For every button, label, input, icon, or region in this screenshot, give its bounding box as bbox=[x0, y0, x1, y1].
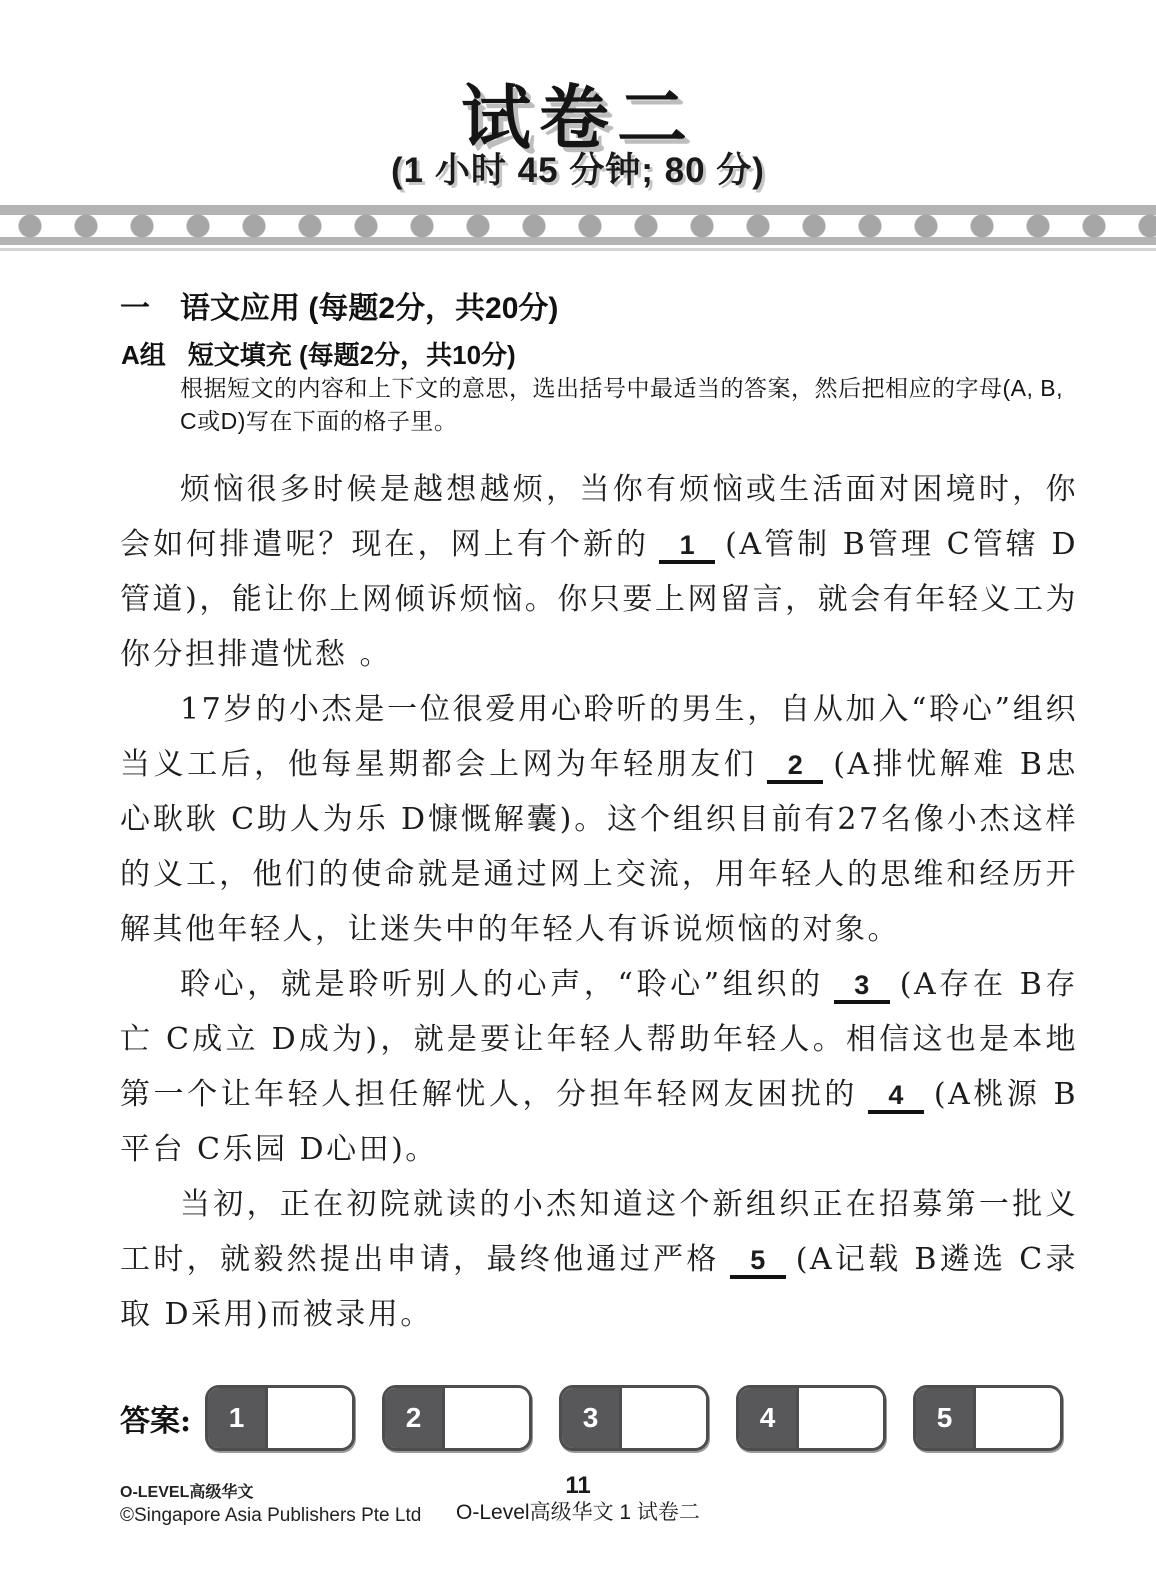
passage-paragraph: 聆心，就是聆听别人的心声，“聆心”组织的3(A存在 B存亡 C成立 D成为)，就… bbox=[120, 957, 1078, 1177]
page-subtitle: (1 小时 45 分钟; 80 分) bbox=[0, 143, 1156, 193]
question-blank-2: 2 bbox=[767, 750, 823, 784]
passage: 烦恼很多时候是越想越烦，当你有烦恼或生活面对困境时，你会如何排遣呢？现在，网上有… bbox=[120, 462, 1078, 1342]
instructions-text: 根据短文的内容和上下文的意思，选出括号中最适当的答案，然后把相应的字母(A, B… bbox=[180, 372, 1085, 438]
answer-box-number: 4 bbox=[739, 1388, 799, 1448]
section-number: 一 bbox=[120, 283, 150, 327]
answer-box-number: 2 bbox=[385, 1388, 445, 1448]
answer-box-cell[interactable] bbox=[445, 1388, 529, 1448]
answer-row: 答案: 12345 bbox=[120, 1385, 1070, 1451]
answer-boxes: 12345 bbox=[205, 1385, 1063, 1451]
question-blank-3: 3 bbox=[834, 970, 890, 1004]
exam-page: 试卷二 (1 小时 45 分钟; 80 分) 一 语文应用 (每题2分，共20分… bbox=[0, 0, 1156, 1572]
footer-caption: O-Level高级华文 1 试卷二 bbox=[0, 1499, 1156, 1527]
decorative-chain-band bbox=[0, 205, 1156, 253]
passage-paragraph: 17岁的小杰是一位很爱用心聆听的男生，自从加入“聆心”组织当义工后，他每星期都会… bbox=[120, 682, 1078, 957]
passage-paragraph: 烦恼很多时候是越想越烦，当你有烦恼或生活面对困境时，你会如何排遣呢？现在，网上有… bbox=[120, 462, 1078, 682]
answer-box-cell[interactable] bbox=[268, 1388, 352, 1448]
answer-box-number: 3 bbox=[562, 1388, 622, 1448]
footer-center: 11 O-Level高级华文 1 试卷二 bbox=[0, 1473, 1156, 1527]
question-blank-5: 5 bbox=[730, 1245, 786, 1279]
answer-box-cell[interactable] bbox=[799, 1388, 883, 1448]
answer-box-number: 1 bbox=[208, 1388, 268, 1448]
answers-label: 答案: bbox=[120, 1396, 191, 1440]
section-heading: 一 语文应用 (每题2分，共20分) bbox=[120, 283, 558, 327]
answer-box-number: 5 bbox=[916, 1388, 976, 1448]
question-blank-1: 1 bbox=[659, 530, 715, 564]
answer-box-4: 4 bbox=[736, 1385, 886, 1451]
page-number: 11 bbox=[0, 1473, 1156, 1499]
question-blank-4: 4 bbox=[868, 1080, 924, 1114]
passage-paragraph: 当初，正在初院就读的小杰知道这个新组织正在招募第一批义工时，就毅然提出申请，最终… bbox=[120, 1177, 1078, 1342]
part-title: 短文填充 (每题2分，共10分) bbox=[188, 335, 516, 372]
answer-box-cell[interactable] bbox=[976, 1388, 1060, 1448]
part-label: A组 bbox=[121, 335, 166, 372]
part-heading: A组 短文填充 (每题2分，共10分) bbox=[121, 335, 516, 372]
answer-box-1: 1 bbox=[205, 1385, 355, 1451]
answer-box-cell[interactable] bbox=[622, 1388, 706, 1448]
section-title: 语文应用 (每题2分，共20分) bbox=[180, 283, 558, 327]
answer-box-2: 2 bbox=[382, 1385, 532, 1451]
answer-box-3: 3 bbox=[559, 1385, 709, 1451]
answer-box-5: 5 bbox=[913, 1385, 1063, 1451]
